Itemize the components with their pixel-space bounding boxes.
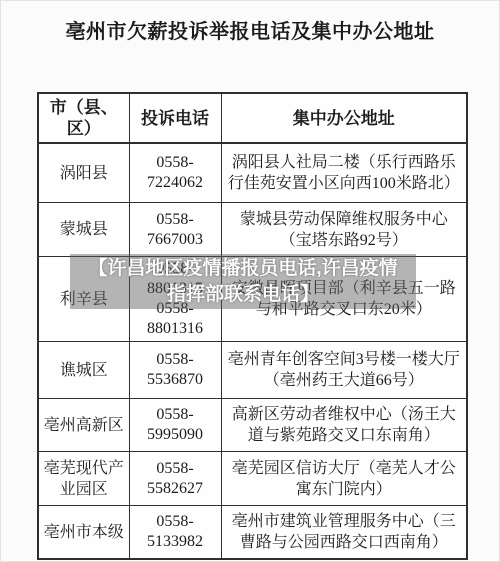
table-row: 谯城区 0558- 5536870 亳州青年创客空间3号楼一楼大厅（亳州药王大道…	[38, 342, 467, 399]
header-row: 市（县、区） 投诉电话 集中办公地址	[38, 93, 467, 143]
region-cell: 涡阳县	[38, 143, 129, 203]
contact-table: 市（县、区） 投诉电话 集中办公地址 涡阳县 0558- 7224062 涡阳县…	[37, 92, 468, 560]
region-cell: 亳州高新区	[38, 399, 129, 452]
address-cell: 蒙城县劳动保障维权服务中心（宝塔东路92号）	[221, 203, 467, 257]
region-cell: 亳州市本级	[38, 506, 129, 560]
phone-cell: 0558- 5995090	[129, 399, 221, 452]
col-header-region: 市（县、区）	[38, 93, 129, 143]
col-header-address: 集中办公地址	[221, 93, 467, 143]
phone-cell: 0558- 7224062	[129, 143, 221, 203]
watermark-overlay: 【许昌地区疫情播报员电话,许昌疫情 指挥部联系电话】	[70, 254, 416, 309]
region-cell: 亳芜现代产业园区	[38, 452, 129, 506]
table-row: 亳州市本级 0558- 5133982 亳州市建筑业管理服务中心（三曹路与公园西…	[38, 506, 467, 560]
table-row: 蒙城县 0558- 7667003 蒙城县劳动保障维权服务中心（宝塔东路92号）	[38, 203, 467, 257]
address-cell: 亳州青年创客空间3号楼一楼大厅（亳州药王大道66号）	[221, 342, 467, 399]
region-cell: 蒙城县	[38, 203, 129, 257]
phone-cell: 0558- 5133982	[129, 506, 221, 560]
phone-cell: 0558- 5536870	[129, 342, 221, 399]
region-cell: 谯城区	[38, 342, 129, 399]
table-row: 涡阳县 0558- 7224062 涡阳县人社局二楼（乐行西路乐行佳苑安置小区向…	[38, 143, 467, 203]
table-row: 亳芜现代产业园区 0558- 5582627 亳芜园区信访大厅（亳芜人才公寓东门…	[38, 452, 467, 506]
page-title: 亳州市欠薪投诉举报电话及集中办公地址	[0, 15, 500, 44]
phone-cell: 0558- 5582627	[129, 452, 221, 506]
address-cell: 亳州市建筑业管理服务中心（三曹路与公园西路交口西南角）	[221, 506, 467, 560]
address-cell: 高新区劳动者维权中心（汤王大道与紫苑路交叉口东南角）	[221, 399, 467, 452]
table-row: 亳州高新区 0558- 5995090 高新区劳动者维权中心（汤王大道与紫苑路交…	[38, 399, 467, 452]
address-cell: 亳芜园区信访大厅（亳芜人才公寓东门院内）	[221, 452, 467, 506]
table-body: 涡阳县 0558- 7224062 涡阳县人社局二楼（乐行西路乐行佳苑安置小区向…	[38, 143, 467, 559]
phone-cell: 0558- 7667003	[129, 203, 221, 257]
watermark-text: 【许昌地区疫情播报员电话,许昌疫情 指挥部联系电话】	[88, 256, 397, 308]
address-cell: 涡阳县人社局二楼（乐行西路乐行佳苑安置小区向西100米路北）	[221, 143, 467, 203]
col-header-phone: 投诉电话	[129, 93, 221, 143]
